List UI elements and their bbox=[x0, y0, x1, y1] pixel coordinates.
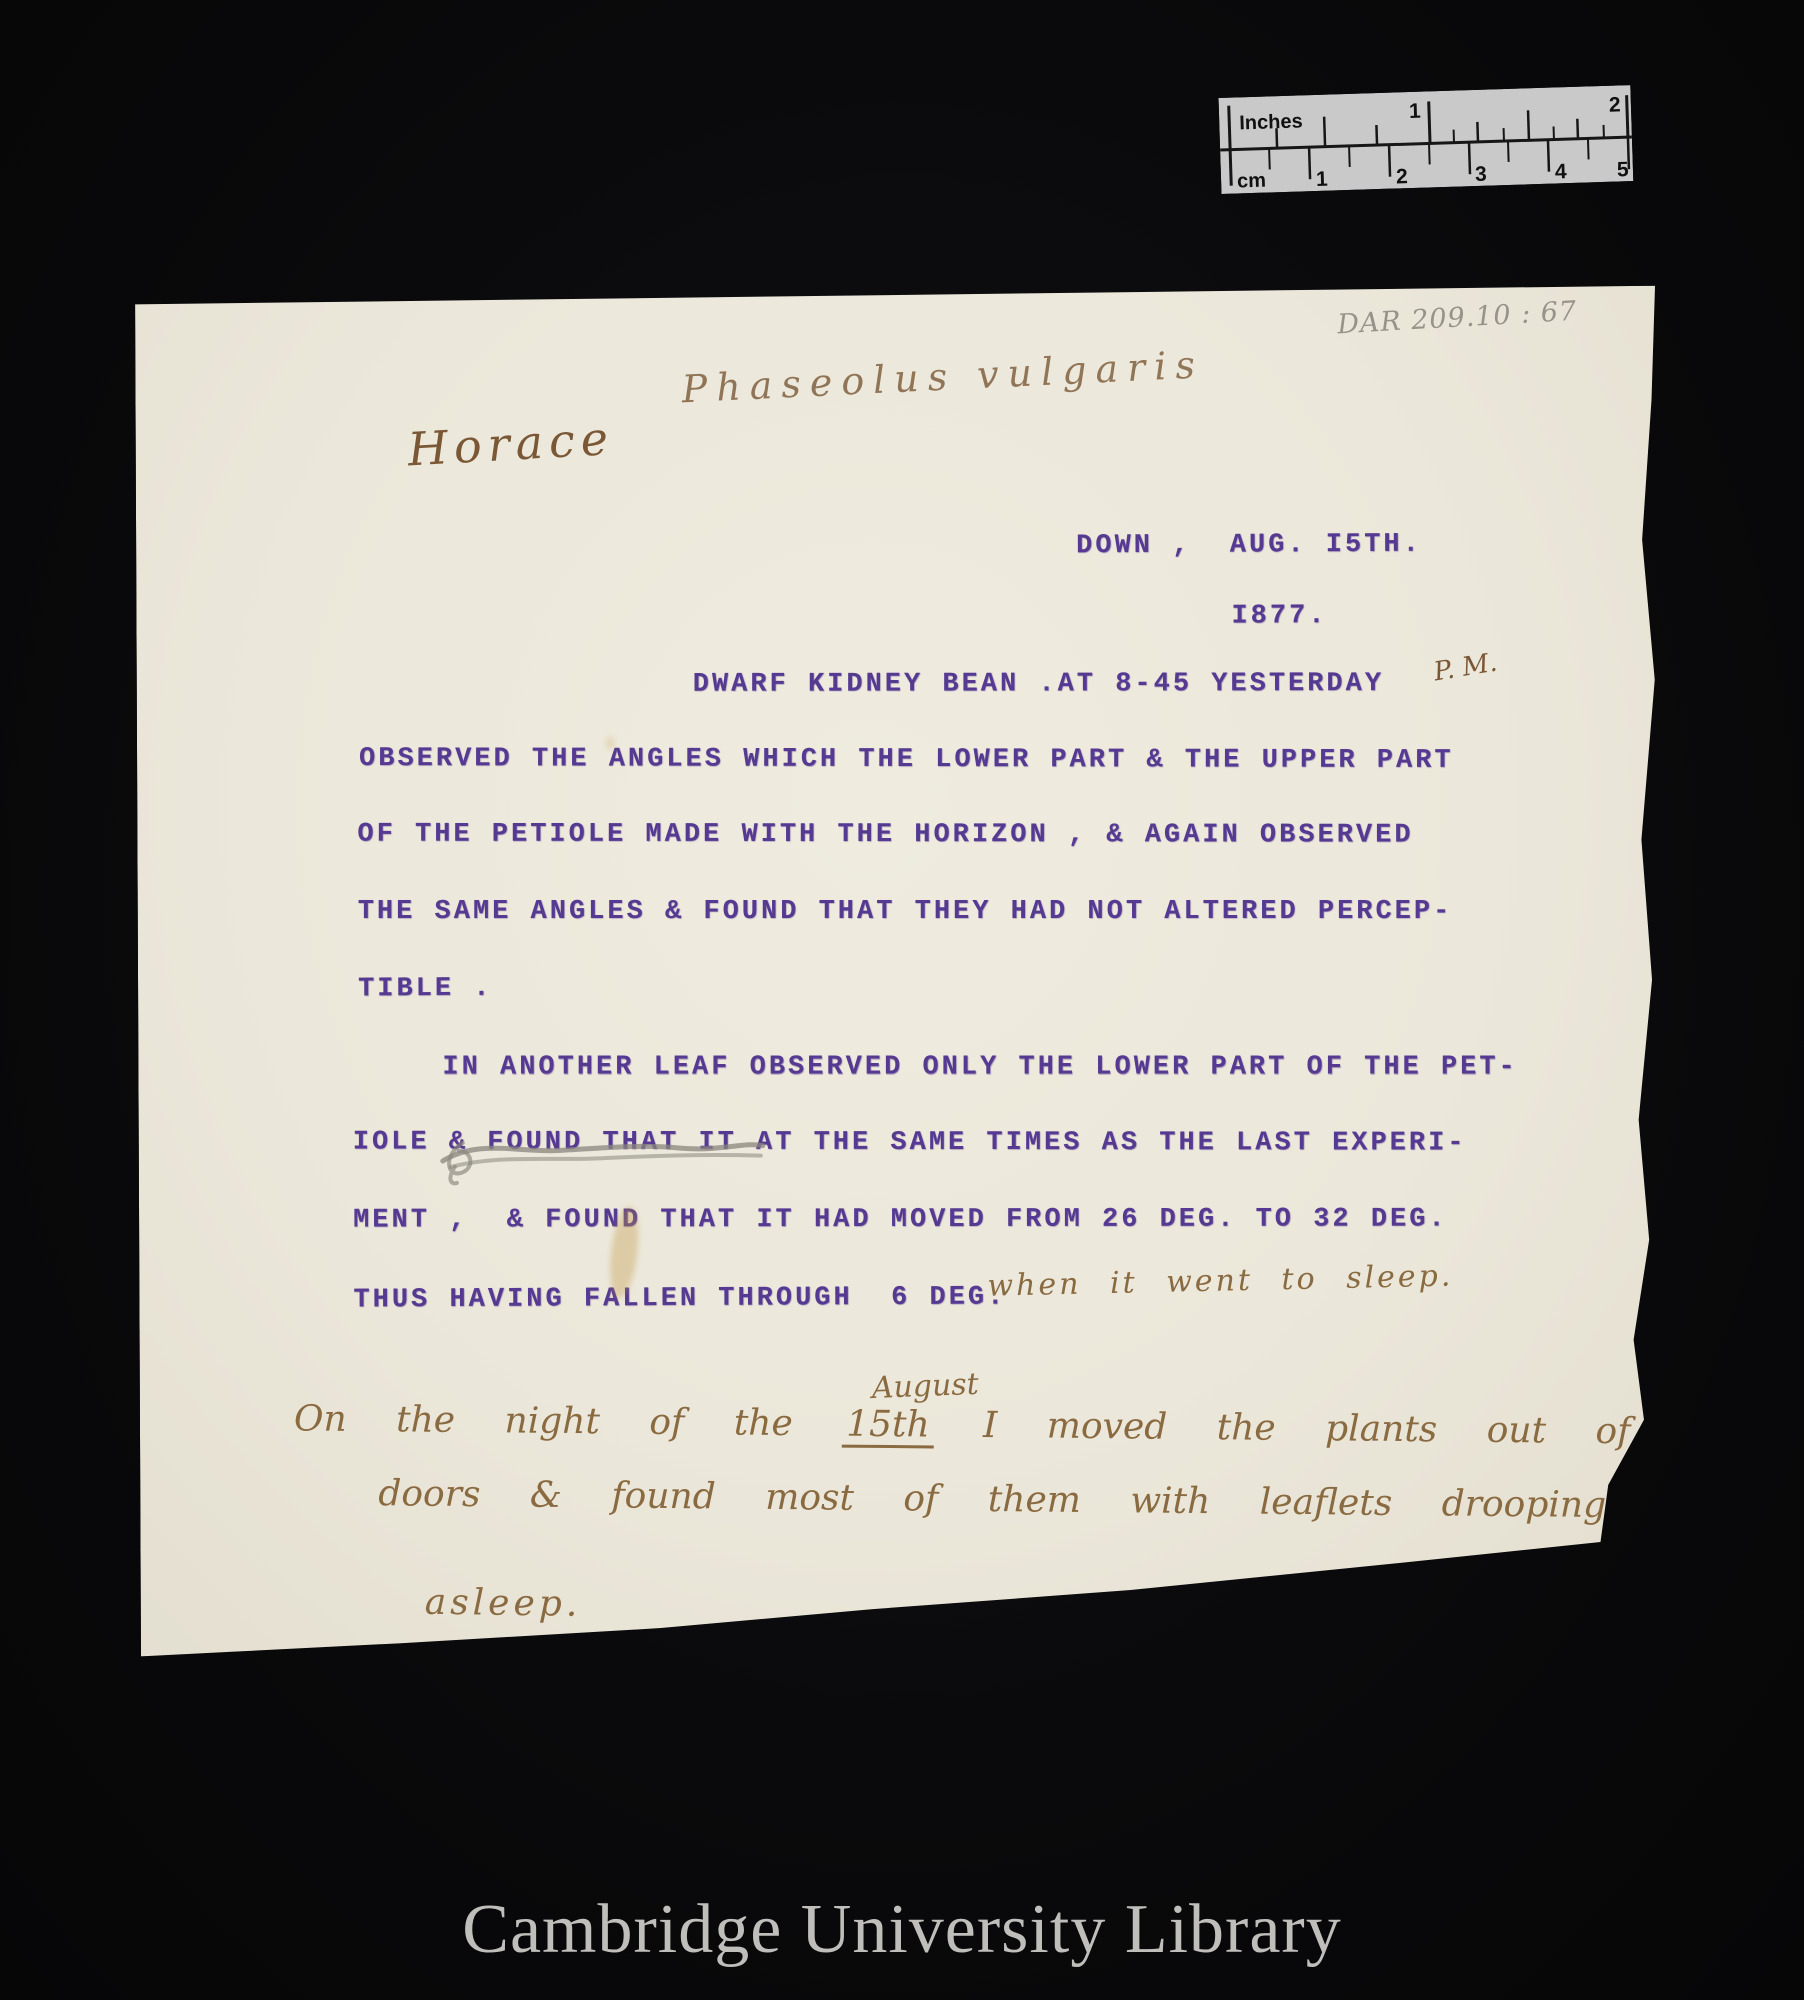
typescript-line: MENT , & FOUND THAT IT HAD MOVED FROM 26… bbox=[353, 1205, 1448, 1236]
inserted-month-annotation: August bbox=[871, 1367, 979, 1406]
note-line-1-pre: On the night of the bbox=[294, 1398, 793, 1444]
typescript-line: THUS HAVING FALLEN THROUGH 6 DEG. bbox=[353, 1283, 1006, 1316]
note-line-1-day: 15th bbox=[842, 1404, 934, 1449]
scale-ruler-graphic: Inches 1 2 cm 1 2 3 4 5 bbox=[1218, 85, 1633, 194]
typescript-line: THE SAME ANGLES & FOUND THAT THEY HAD NO… bbox=[358, 897, 1453, 927]
species-annotation: Phaseolus vulgaris bbox=[681, 342, 1205, 411]
note-line-1-post: I moved the plants out of bbox=[983, 1405, 1631, 1452]
pm-annotation: P. M. bbox=[1432, 648, 1500, 688]
typescript-dateline: DOWN , AUG. I5TH. bbox=[1076, 530, 1422, 562]
typescript-line: IN ANOTHER LEAF OBSERVED ONLY THE LOWER … bbox=[442, 1053, 1517, 1083]
went-to-sleep-annotation: when it went to sleep. bbox=[987, 1259, 1454, 1304]
note-line-2: doors & found most of them with leaflets… bbox=[378, 1473, 1688, 1527]
typescript-year: I877. bbox=[1231, 601, 1327, 631]
typescript-line: OBSERVED THE ANGLES WHICH THE LOWER PART… bbox=[359, 744, 1454, 776]
ruler-cm-label: cm bbox=[1237, 170, 1267, 193]
ruler-inches-label: Inches bbox=[1239, 110, 1303, 134]
pencil-strikethrough bbox=[429, 1126, 769, 1187]
ruler-cm-2: 2 bbox=[1396, 165, 1408, 188]
ruler-cm-5: 5 bbox=[1617, 158, 1630, 181]
ruler-cm-1: 1 bbox=[1316, 168, 1329, 191]
ruler-inch-2: 2 bbox=[1609, 93, 1621, 116]
ruler-cm-4: 4 bbox=[1555, 160, 1568, 183]
ink-speck bbox=[605, 736, 615, 750]
typescript-line: DWARF KIDNEY BEAN .AT 8-45 YESTERDAY bbox=[693, 669, 1384, 700]
typescript-line: OF THE PETIOLE MADE WITH THE HORIZON , &… bbox=[357, 820, 1413, 851]
note-line-3: asleep. bbox=[424, 1582, 581, 1625]
ruler-cm-3: 3 bbox=[1475, 163, 1487, 186]
typescript-line: TIBLE . bbox=[358, 974, 493, 1005]
scale-ruler: Inches 1 2 cm 1 2 3 4 5 bbox=[1218, 85, 1633, 194]
archive-reference: DAR 209.10 : 67 bbox=[1336, 296, 1578, 341]
note-line-1: On the night of the 15th I moved the pla… bbox=[294, 1398, 1631, 1452]
observer-name-annotation: Horace bbox=[406, 411, 615, 477]
ruler-inch-1: 1 bbox=[1409, 100, 1422, 123]
manuscript-page: DAR 209.10 : 67 Phaseolus vulgaris Horac… bbox=[125, 280, 1679, 1667]
library-caption: Cambridge University Library bbox=[0, 1890, 1804, 1970]
